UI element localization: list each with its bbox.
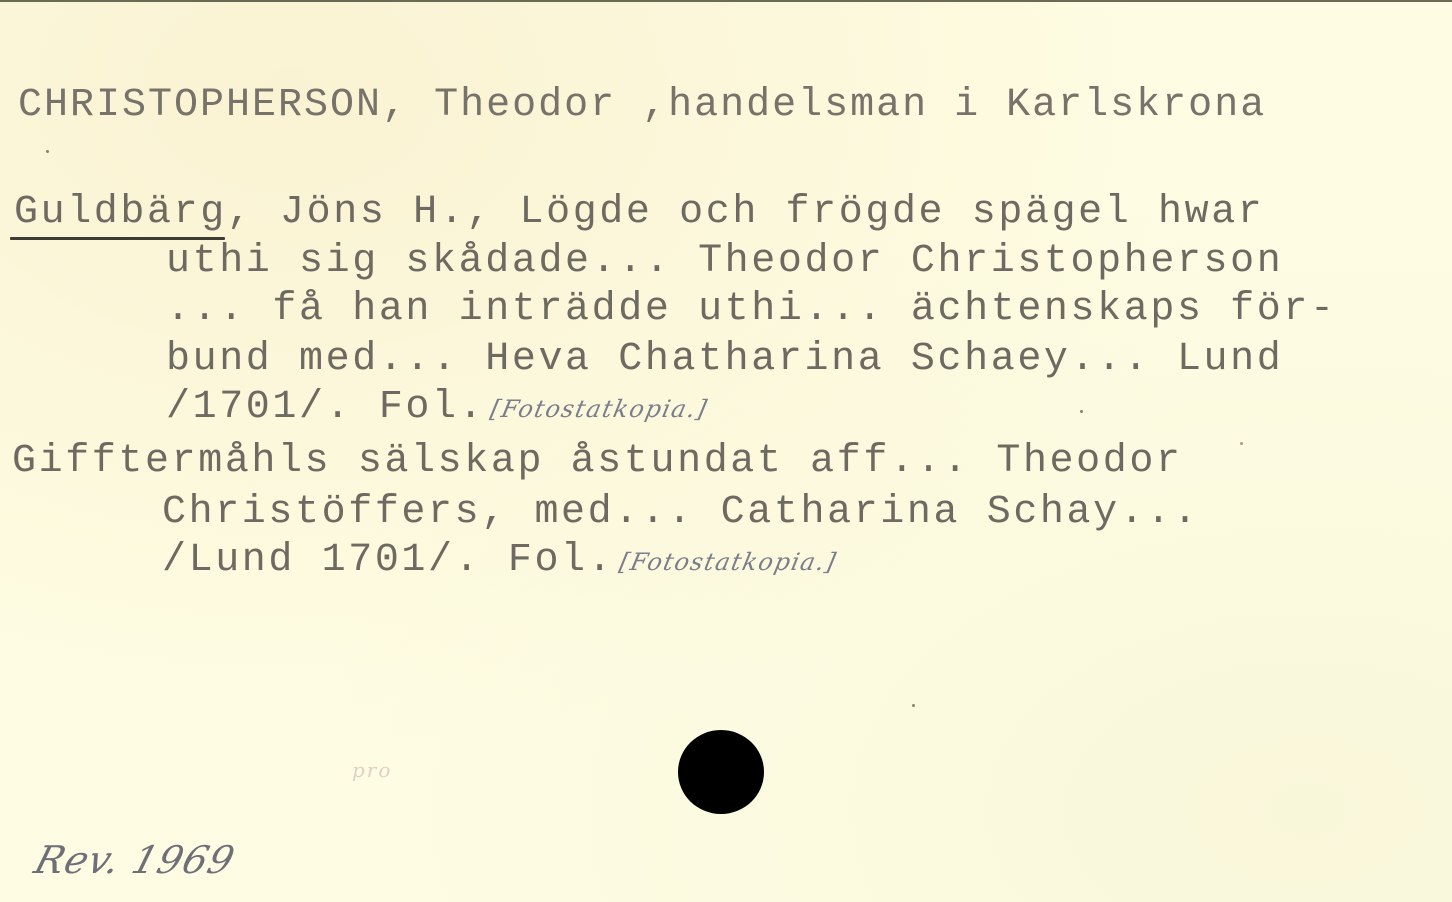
entry-2-line-2: Christöffers, med... Catharina Schay... <box>162 493 1200 533</box>
entry-1-line-5: /1701/. Fol.[Fotostatkopia.] <box>166 388 708 428</box>
entry-1-line-1-text: , Jöns H., Lögde och frögde spägel hwar <box>227 190 1265 235</box>
heading-rest: , Theodor ,handelsman i Karlskrona <box>382 83 1266 128</box>
dust-speck <box>46 150 49 153</box>
entry-1-line-3: ... få han inträdde uthi... ächtenskaps … <box>166 290 1337 330</box>
dust-speck <box>1240 442 1243 445</box>
entry-1-line-2: uthi sig skådade... Theodor Christophers… <box>166 242 1283 282</box>
entry-1-line-5-text: /1701/. Fol. <box>166 385 485 430</box>
entry-1-line-1: Guldbärg, Jöns H., Lögde och frögde späg… <box>14 193 1264 233</box>
entry-2-line-3-text: /Lund 1701/. Fol. <box>162 538 614 583</box>
dust-speck <box>912 704 915 707</box>
faint-pencil-mark: pro <box>352 758 392 782</box>
dust-speck <box>1080 410 1083 413</box>
catalog-card: CHRISTOPHERSON, Theodor ,handelsman i Ka… <box>0 0 1452 902</box>
revision-note: Rev. 1969 <box>30 838 241 882</box>
entry-1-line-4: bund med... Heva Chatharina Schaey... Lu… <box>166 340 1283 380</box>
entry-2-line-1: Gifftermåhls sälskap åstundat aff... The… <box>12 442 1183 482</box>
entry-2-handwritten-note: [Fotostatkopia.] <box>618 550 840 574</box>
card-heading: CHRISTOPHERSON, Theodor ,handelsman i Ka… <box>18 86 1266 126</box>
entry-1-author-underlined: Guldbärg <box>14 193 227 233</box>
heading-surname: CHRISTOPHERSON <box>18 83 382 128</box>
entry-1-handwritten-note: [Fotostatkopia.] <box>489 397 711 421</box>
punch-hole <box>678 730 764 814</box>
entry-2-line-3: /Lund 1701/. Fol.[Fotostatkopia.] <box>162 541 837 581</box>
